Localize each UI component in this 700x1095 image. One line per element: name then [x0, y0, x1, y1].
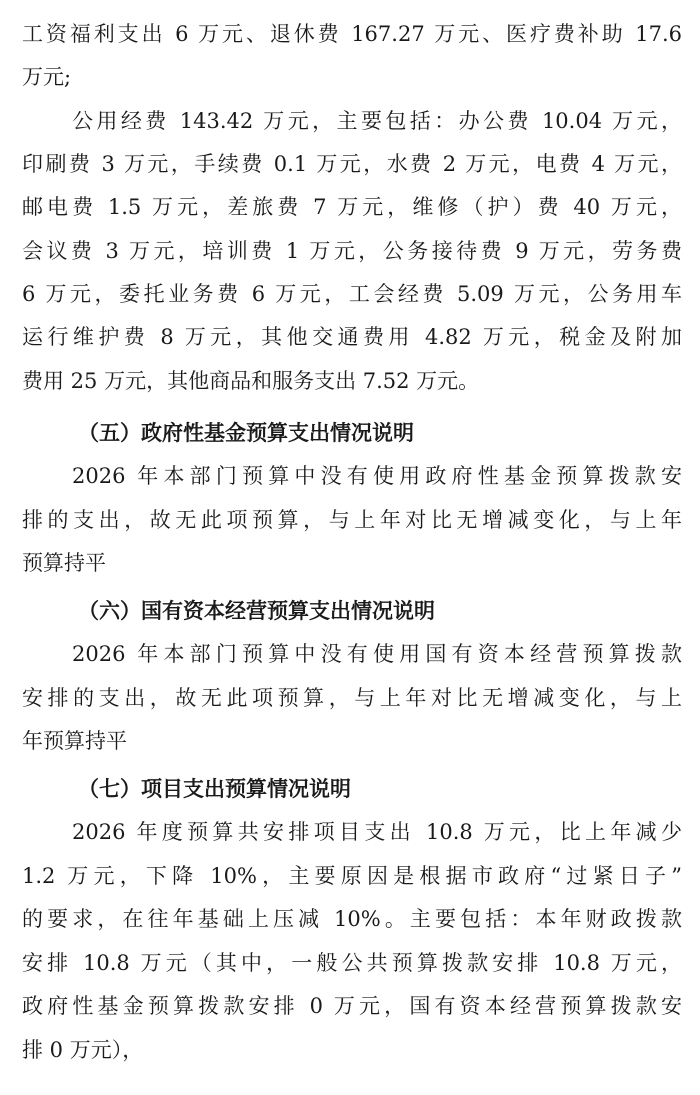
text-line: 邮电费 1.5 万元，差旅费 7 万元，维修（护）费 40 万元，	[22, 186, 682, 229]
text-line: 的要求，在往年基础上压减 10%。主要包括：本年财政拨款	[22, 898, 682, 941]
text-line: 印刷费 3 万元，手续费 0.1 万元，水费 2 万元，电费 4 万元，	[22, 143, 682, 186]
paragraph-first-line: 公用经费 143.42 万元，主要包括：办公费 10.04 万元，	[72, 100, 682, 143]
document-page: 工资福利支出 6 万元、退休费 167.27 万元、医疗费补助 17.6 万元;…	[0, 0, 700, 1095]
section-heading: （七）项目支出预算情况说明	[78, 768, 678, 811]
text-line: 工资福利支出 6 万元、退休费 167.27 万元、医疗费补助 17.6	[22, 13, 682, 56]
text-line: 安排的支出，故无此项预算，与上年对比无增减变化，与上	[22, 677, 682, 720]
text-line: 安排 10.8 万元（其中，一般公共预算拨款安排 10.8 万元，	[22, 942, 682, 985]
text-line: 会议费 3 万元，培训费 1 万元，公务接待费 9 万元，劳务费	[22, 230, 682, 273]
section-heading: （六）国有资本经营预算支出情况说明	[78, 590, 678, 633]
text-line: 政府性基金预算拨款安排 0 万元，国有资本经营预算拨款安	[22, 985, 682, 1028]
text-line: 费用 25 万元，其他商品和服务支出 7.52 万元。	[22, 360, 682, 403]
text-line: 1.2 万元，下降 10%，主要原因是根据市政府“过紧日子”	[22, 855, 682, 898]
text-line: 年预算持平	[22, 720, 682, 763]
text-line: 6 万元，委托业务费 6 万元，工会经费 5.09 万元，公务用车	[22, 273, 682, 316]
text-line: 排 0 万元），	[22, 1029, 682, 1072]
paragraph-first-line: 2026 年本部门预算中没有使用政府性基金预算拨款安	[72, 455, 682, 498]
text-line: 万元;	[22, 56, 682, 99]
text-line: 排的支出，故无此项预算，与上年对比无增减变化，与上年	[22, 499, 682, 542]
paragraph-first-line: 2026 年度预算共安排项目支出 10.8 万元，比上年减少	[72, 811, 682, 854]
paragraph-first-line: 2026 年本部门预算中没有使用国有资本经营预算拨款	[72, 633, 682, 676]
text-line: 运行维护费 8 万元，其他交通费用 4.82 万元，税金及附加	[22, 316, 682, 359]
text-line: 预算持平	[22, 542, 682, 585]
section-heading: （五）政府性基金预算支出情况说明	[78, 412, 678, 455]
